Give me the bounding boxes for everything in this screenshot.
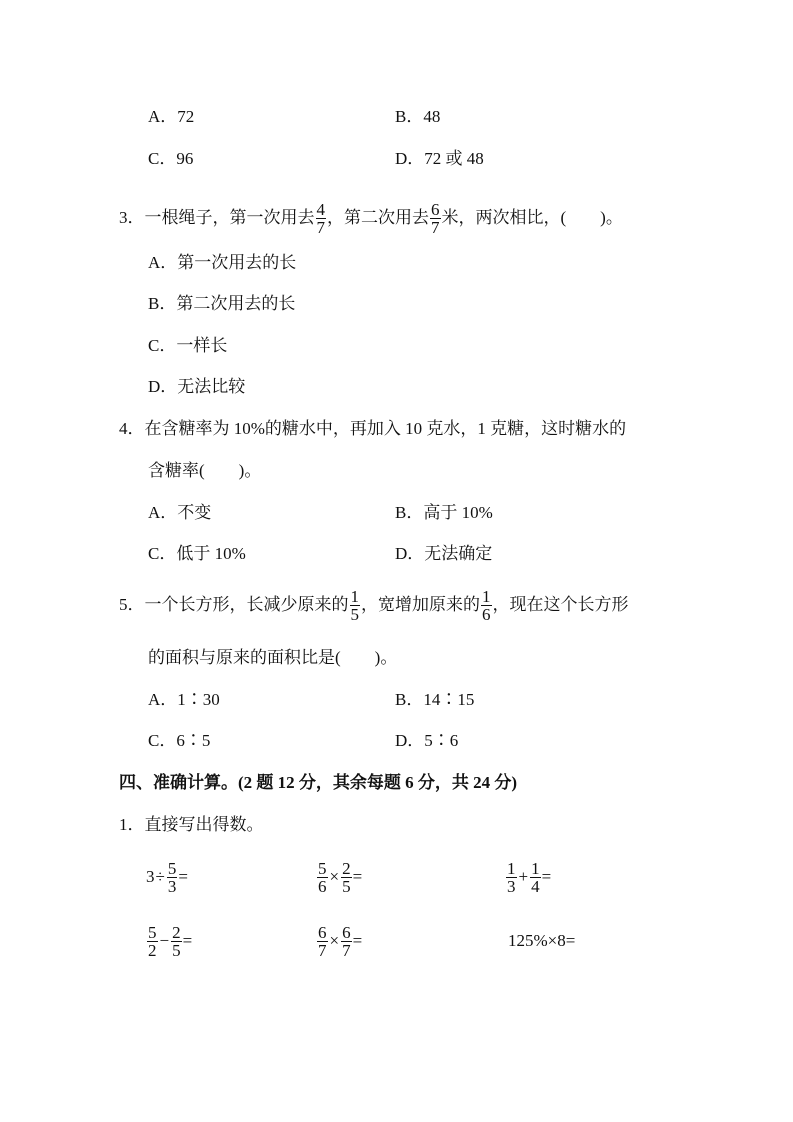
numerator: 2 — [171, 924, 182, 942]
q5-option-d: D．5∶6 — [395, 731, 458, 751]
numerator: 1 — [481, 588, 492, 606]
q3-option-d: D．无法比较 — [148, 377, 245, 397]
numerator: 6 — [317, 924, 328, 942]
q5-option-a: A．1∶30 — [148, 690, 220, 710]
numerator: 1 — [350, 588, 361, 606]
q3-option-b: B．第二次用去的长 — [148, 294, 295, 314]
option-text: 72 或 48 — [424, 149, 484, 168]
fraction: 13 — [506, 860, 517, 895]
equals: = — [178, 867, 188, 886]
stem-text: 在含糖率为 10%的糖水中，再加入 10 克水，1 克糖，这时糖水的 — [145, 419, 627, 438]
operator: − — [160, 931, 170, 950]
option-text: 高于 10% — [423, 503, 492, 522]
option-label: C． — [148, 544, 176, 563]
expression-6: 125%×8= — [508, 931, 575, 951]
q4-option-a: A．不变 — [148, 503, 211, 523]
option-label: C． — [148, 149, 176, 168]
option-text: 不变 — [177, 503, 211, 522]
denominator: 7 — [317, 942, 328, 959]
option-label: C． — [148, 731, 176, 750]
stem-text: 一根绳子，第一次用去 — [145, 208, 315, 227]
stem-text: ，现在这个长方形 — [493, 595, 629, 614]
option-text: 14∶15 — [423, 690, 474, 709]
expression-3: 13+14= — [505, 857, 551, 897]
denominator: 7 — [316, 219, 327, 236]
denominator: 5 — [341, 878, 352, 895]
denominator: 6 — [481, 606, 492, 623]
option-label: D． — [395, 149, 424, 168]
denominator: 6 — [317, 878, 328, 895]
expression-4: 52−25= — [146, 921, 192, 961]
operand: 3 — [146, 867, 155, 886]
fraction: 67 — [341, 924, 352, 959]
denominator: 7 — [430, 219, 441, 236]
option-text: 6∶5 — [176, 731, 210, 750]
denominator: 2 — [147, 942, 158, 959]
question-3-stem: 3．一根绳子，第一次用去47，第二次用去67米，两次相比，( )。 — [119, 198, 623, 238]
equals: = — [542, 867, 552, 886]
operator: + — [519, 867, 529, 886]
denominator: 7 — [341, 942, 352, 959]
option-label: B． — [395, 107, 423, 126]
fraction: 67 — [317, 924, 328, 959]
fraction: 25 — [171, 924, 182, 959]
option-text: 低于 10% — [176, 544, 245, 563]
operator: × — [330, 867, 340, 886]
q4-option-c: C．低于 10% — [148, 544, 246, 564]
numerator: 4 — [316, 201, 327, 219]
expression-5: 67×67= — [316, 921, 362, 961]
denominator: 3 — [167, 878, 178, 895]
expression-2: 56×25= — [316, 857, 362, 897]
denominator: 3 — [506, 878, 517, 895]
question-5-stem: 5．一个长方形，长减少原来的15，宽增加原来的16，现在这个长方形 — [119, 585, 629, 625]
option-label: D． — [148, 377, 177, 396]
fraction: 52 — [147, 924, 158, 959]
option-label: D． — [395, 731, 424, 750]
numerator: 2 — [341, 860, 352, 878]
option-label: B． — [395, 503, 423, 522]
numerator: 5 — [147, 924, 158, 942]
q3-option-c: C．一样长 — [148, 336, 227, 356]
option-text: 无法比较 — [177, 377, 245, 396]
question-5-stem-line2: 的面积与原来的面积比是( )。 — [148, 648, 397, 668]
stem-text: 米，两次相比，( )。 — [442, 208, 623, 227]
fraction: 16 — [481, 588, 492, 623]
option-text: 48 — [423, 107, 440, 126]
question-number: 5． — [119, 595, 145, 614]
question-number: 3． — [119, 208, 145, 227]
expression-1: 3÷53= — [146, 857, 188, 897]
fraction: 47 — [316, 201, 327, 236]
option-label: A． — [148, 690, 177, 709]
q4-option-d: D．无法确定 — [395, 544, 492, 564]
section-heading: 四、准确计算。(2 题 12 分，其余每题 6 分，共 24 分) — [119, 773, 517, 793]
numerator: 5 — [317, 860, 328, 878]
fraction: 67 — [430, 201, 441, 236]
numerator: 6 — [430, 201, 441, 219]
option-text: 第一次用去的长 — [177, 253, 296, 272]
q2-option-b: B．48 — [395, 107, 440, 127]
option-text: 无法确定 — [424, 544, 492, 563]
q2-option-d: D．72 或 48 — [395, 149, 484, 169]
numerator: 5 — [167, 860, 178, 878]
fraction: 56 — [317, 860, 328, 895]
denominator: 5 — [171, 942, 182, 959]
operator: ÷ — [156, 867, 165, 886]
option-text: 一样长 — [176, 336, 227, 355]
fraction: 25 — [341, 860, 352, 895]
option-label: A． — [148, 253, 177, 272]
option-text: 72 — [177, 107, 194, 126]
option-label: D． — [395, 544, 424, 563]
option-text: 96 — [176, 149, 193, 168]
q5-option-c: C．6∶5 — [148, 731, 210, 751]
question-number: 4． — [119, 419, 145, 438]
q4-option-b: B．高于 10% — [395, 503, 493, 523]
q2-option-c: C．96 — [148, 149, 193, 169]
operator: × — [330, 931, 340, 950]
equals: = — [353, 867, 363, 886]
numerator: 1 — [530, 860, 541, 878]
stem-text: ，宽增加原来的 — [361, 595, 480, 614]
equals: = — [353, 931, 363, 950]
option-text: 1∶30 — [177, 690, 220, 709]
option-label: A． — [148, 503, 177, 522]
option-text: 5∶6 — [424, 731, 458, 750]
q3-option-a: A．第一次用去的长 — [148, 253, 296, 273]
denominator: 4 — [530, 878, 541, 895]
q2-option-a: A．72 — [148, 107, 194, 127]
option-label: C． — [148, 336, 176, 355]
option-label: B． — [148, 294, 176, 313]
fraction: 15 — [350, 588, 361, 623]
q5-option-b: B．14∶15 — [395, 690, 474, 710]
option-label: A． — [148, 107, 177, 126]
option-label: B． — [395, 690, 423, 709]
question-4-stem-line2: 含糖率( )。 — [148, 461, 261, 481]
numerator: 6 — [341, 924, 352, 942]
subquestion-1: 1．直接写出得数。 — [119, 815, 264, 835]
option-text: 第二次用去的长 — [176, 294, 295, 313]
fraction: 14 — [530, 860, 541, 895]
denominator: 5 — [350, 606, 361, 623]
stem-text: ，第二次用去 — [327, 208, 429, 227]
fraction: 53 — [167, 860, 178, 895]
equals: = — [183, 931, 193, 950]
numerator: 1 — [506, 860, 517, 878]
stem-text: 一个长方形，长减少原来的 — [145, 595, 349, 614]
question-4-stem: 4．在含糖率为 10%的糖水中，再加入 10 克水，1 克糖，这时糖水的 — [119, 419, 626, 439]
